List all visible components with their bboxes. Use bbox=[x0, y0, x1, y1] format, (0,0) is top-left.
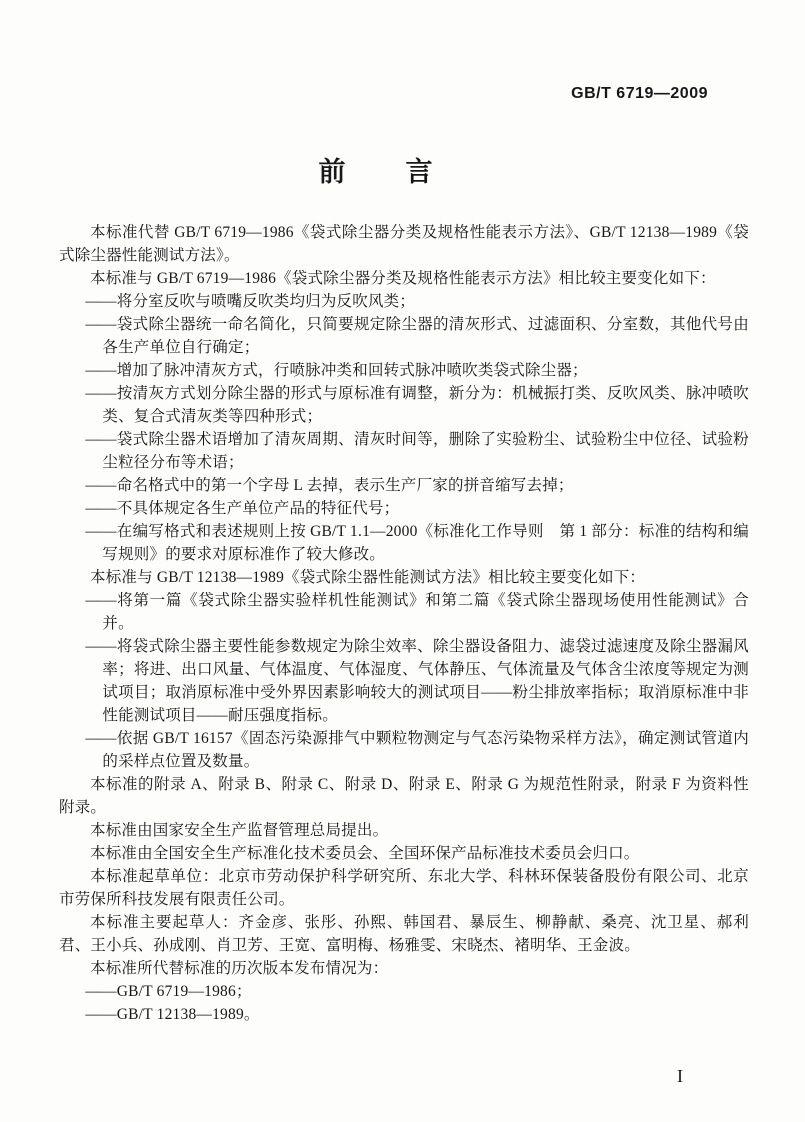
change-item: ——袋式除尘器术语增加了清灰周期、清灰时间等，删除了实验粉尘、试验粉尘中位径、试… bbox=[59, 428, 749, 474]
change-item: ——在编写格式和表述规则上按 GB/T 1.1—2000《标准化工作导则 第 1… bbox=[59, 520, 749, 566]
change-item: ——将第一篇《袋式除尘器实验样机性能测试》和第二篇《袋式除尘器现场使用性能测试》… bbox=[59, 589, 749, 635]
change-item: ——不具体规定各生产单位产品的特征代号； bbox=[59, 497, 749, 520]
document-page: GB/T 6719—2009 前 言 本标准代替 GB/T 6719—1986《… bbox=[0, 0, 805, 1122]
paragraph-drafters: 本标准主要起草人：齐金彦、张彤、孙熙、韩国君、暴辰生、柳静献、桑亮、沈卫星、郝利… bbox=[59, 911, 749, 957]
change-item: ——袋式除尘器统一命名简化，只简要规定除尘器的清灰形式、过滤面积、分室数，其他代… bbox=[59, 313, 749, 359]
change-item: ——按清灰方式划分除尘器的形式与原标准有调整，新分为：机械振打类、反吹风类、脉冲… bbox=[59, 382, 749, 428]
paragraph-drafting-organizations: 本标准起草单位：北京市劳动保护科学研究所、东北大学、科林环保装备股份有限公司、北… bbox=[59, 865, 749, 911]
paragraph-replaces: 本标准代替 GB/T 6719—1986《袋式除尘器分类及规格性能表示方法》、G… bbox=[59, 221, 749, 267]
change-item: ——增加了脉冲清灰方式，行喷脉冲类和回转式脉冲喷吹类袋式除尘器； bbox=[59, 359, 749, 382]
standard-number: GB/T 6719—2009 bbox=[571, 85, 708, 103]
foreword-body: 本标准代替 GB/T 6719—1986《袋式除尘器分类及规格性能表示方法》、G… bbox=[59, 221, 749, 1026]
change-item: ——依据 GB/T 16157《固态污染源排气中颗粒物测定与气态污染物采样方法》… bbox=[59, 727, 749, 773]
paragraph-previous-editions-intro: 本标准所代替标准的历次版本发布情况为： bbox=[59, 957, 749, 980]
paragraph-changes-intro-12138: 本标准与 GB/T 12138—1989《袋式除尘器性能测试方法》相比较主要变化… bbox=[59, 566, 749, 589]
paragraph-appendices: 本标准的附录 A、附录 B、附录 C、附录 D、附录 E、附录 G 为规范性附录… bbox=[59, 773, 749, 819]
page-title: 前 言 bbox=[0, 150, 779, 189]
page-number: I bbox=[677, 1066, 683, 1087]
change-item: ——将袋式除尘器主要性能参数规定为除尘效率、除尘器设备阻力、滤袋过滤速度及除尘器… bbox=[59, 635, 749, 727]
change-item: ——将分室反吹与喷嘴反吹类均归为反吹风类； bbox=[59, 290, 749, 313]
previous-edition-item: ——GB/T 12138—1989。 bbox=[59, 1003, 749, 1026]
paragraph-proposed-by: 本标准由国家安全生产监督管理总局提出。 bbox=[59, 819, 749, 842]
paragraph-centralized-by: 本标准由全国安全生产标准化技术委员会、全国环保产品标准技术委员会归口。 bbox=[59, 842, 749, 865]
previous-edition-item: ——GB/T 6719—1986； bbox=[59, 980, 749, 1003]
change-item: ——命名格式中的第一个字母 L 去掉，表示生产厂家的拼音缩写去掉； bbox=[59, 474, 749, 497]
paragraph-changes-intro-6719: 本标准与 GB/T 6719—1986《袋式除尘器分类及规格性能表示方法》相比较… bbox=[59, 267, 749, 290]
